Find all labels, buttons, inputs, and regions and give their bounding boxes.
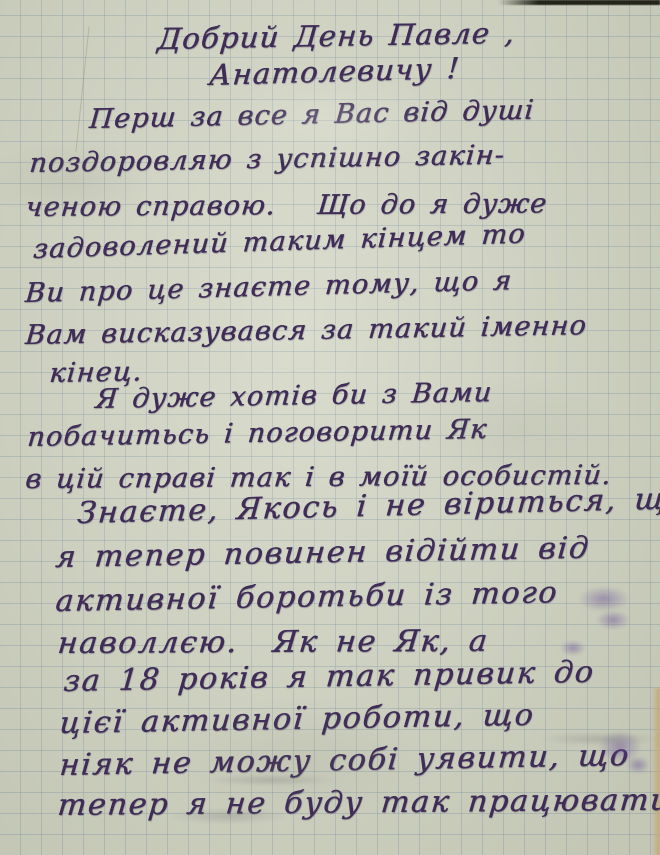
letter-line-07: Ви про це знаєте тому, що я (24, 265, 513, 309)
letter-line-17: за 18 років я так привик до (62, 655, 596, 699)
letter-line-19: ніяк не можу собі уявити, що (58, 738, 631, 783)
letter-line-16: наволлєю. Як не Як, а (56, 624, 490, 661)
letter-line-02: Анатолевичу ! (208, 51, 461, 92)
ink-smudge (626, 756, 650, 774)
letter-line-01: Добрий День Павле , (156, 16, 517, 56)
ink-smudge (596, 610, 630, 630)
letter-line-06: задоволений таким кінцем то (32, 219, 527, 265)
letter-line-14: я тепер повинен відійти від (54, 531, 591, 575)
letter-line-05: ченою справою. Що до я дуже (24, 188, 549, 223)
page-edge-top-dark (498, 0, 660, 5)
pencil-smear (168, 808, 288, 824)
letter-line-10: Я дуже хотів би з Вами (94, 377, 494, 415)
ink-smudge (578, 586, 630, 612)
letter-line-15: активної боротьби із того (54, 575, 560, 619)
ink-smudge (560, 640, 586, 656)
letter-page: Добрий День Павле , Анатолевичу ! Перш з… (0, 0, 660, 855)
pencil-smear (206, 774, 336, 786)
letter-line-08: Вам висказувався за такий іменно (24, 310, 588, 351)
letter-line-03: Перш за все я Вас від душі (88, 95, 536, 135)
letter-line-20: тепер я не буду так працювати. (56, 783, 660, 823)
pencil-smear (540, 732, 660, 746)
letter-line-04: поздоровляю з успішно закін- (28, 140, 506, 179)
page-edge-right-tan (651, 688, 660, 855)
letter-line-18: цієї активної роботи, що (58, 698, 536, 741)
letter-line-11: побачитьсь і поговорити Як (26, 414, 489, 453)
